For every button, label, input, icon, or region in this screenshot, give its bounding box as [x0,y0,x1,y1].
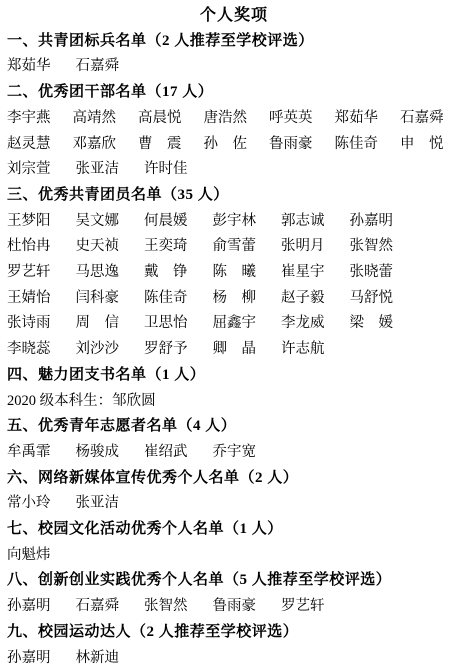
name-row: 张诗雨周 信卫思怡屈鑫宇李龙威梁 媛 [7,311,461,337]
person-name: 陈 曦 [213,260,257,286]
person-name: 许时佳 [144,157,188,183]
person-name: 卫思怡 [144,311,188,337]
person-name: 张晓蕾 [350,260,394,286]
person-name: 呼英英 [269,106,313,132]
person-name: 高晨悦 [138,106,182,132]
person-name: 李宇燕 [7,106,51,132]
person-name: 罗舒予 [144,337,188,363]
section-heading: 九、校园运动达人（2 人推荐至学校评选） [7,620,461,646]
section-heading: 六、网络新媒体宣传优秀个人名单（2 人） [7,466,461,492]
person-name: 孙嘉明 [350,209,394,235]
name-row: 郑茹华石嘉舜 [7,54,461,80]
person-name: 高靖然 [73,106,117,132]
name-row: 2020 级本科生：邹欣圆 [7,389,461,415]
document-page: 个人奖项 一、共青团标兵名单（2 人推荐至学校评选）郑茹华石嘉舜二、优秀团干部名… [0,0,469,672]
sections-container: 一、共青团标兵名单（2 人推荐至学校评选）郑茹华石嘉舜二、优秀团干部名单（17 … [7,29,461,672]
name-row: 赵灵慧邓嘉欣曹 震孙 佐鲁雨豪陈佳奇申 悦 [7,132,461,158]
person-name: 许志航 [281,337,325,363]
person-name: 卿 晶 [213,337,257,363]
person-name: 杨骏成 [76,440,120,466]
page-title: 个人奖项 [7,3,461,29]
name-row: 罗艺轩马思逸戴 铮陈 曦崔星宇张晓蕾 [7,260,461,286]
person-name: 何晨媛 [144,209,188,235]
name-row: 常小玲张亚洁 [7,491,461,517]
person-name: 曹 震 [138,132,182,158]
name-row: 孙嘉明林新迪 [7,646,461,672]
person-name: 李龙威 [281,311,325,337]
person-name: 孙嘉明 [7,646,51,672]
person-name: 杜怡冉 [7,234,51,260]
person-name: 崔星宇 [281,260,325,286]
section-heading: 八、创新创业实践优秀个人名单（5 人推荐至学校评选） [7,568,461,594]
person-name: 刘宗萱 [7,157,51,183]
person-name: 周 信 [76,311,120,337]
person-name: 梁 媛 [350,311,394,337]
name-row: 孙嘉明石嘉舜张智然鲁雨豪罗艺轩 [7,594,461,620]
person-name: 张明月 [281,234,325,260]
name-row: 李宇燕高靖然高晨悦唐浩然呼英英郑茹华石嘉舜 [7,106,461,132]
person-name: 王奕琦 [144,234,188,260]
person-name: 彭宇林 [213,209,257,235]
person-name: 崔绍武 [144,440,188,466]
person-name: 闫科豪 [76,286,120,312]
person-name: 孙嘉明 [7,594,51,620]
section-heading: 二、优秀团干部名单（17 人） [7,80,461,106]
person-name: 李晓蕊 [7,337,51,363]
person-name: 乔宇宽 [213,440,257,466]
person-name: 孙 佐 [204,132,248,158]
person-name: 2020 级本科生：邹欣圆 [7,389,156,415]
name-row: 牟禹霏杨骏成崔绍武乔宇宽 [7,440,461,466]
person-name: 张亚洁 [76,157,120,183]
name-row: 刘宗萱张亚洁许时佳 [7,157,461,183]
section-heading: 一、共青团标兵名单（2 人推荐至学校评选） [7,29,461,55]
person-name: 马思逸 [76,260,120,286]
person-name: 张智然 [350,234,394,260]
person-name: 王梦阳 [7,209,51,235]
section-heading: 七、校园文化活动优秀个人名单（1 人） [7,517,461,543]
person-name: 赵灵慧 [7,132,51,158]
person-name: 吴文娜 [76,209,120,235]
person-name: 石嘉舜 [76,54,120,80]
person-name: 史天祯 [76,234,120,260]
person-name: 杨 柳 [213,286,257,312]
name-row: 王婧怡闫科豪陈佳奇杨 柳赵子毅马舒悦 [7,286,461,312]
person-name: 王婧怡 [7,286,51,312]
person-name: 石嘉舜 [76,594,120,620]
section-heading: 五、优秀青年志愿者名单（4 人） [7,414,461,440]
person-name: 唐浩然 [204,106,248,132]
section-heading: 四、魅力团支书名单（1 人） [7,363,461,389]
person-name: 陈佳奇 [335,132,379,158]
person-name: 石嘉舜 [400,106,444,132]
name-row: 向魁炜 [7,543,461,569]
person-name: 郑茹华 [335,106,379,132]
name-row: 杜怡冉史天祯王奕琦俞雪蕾张明月张智然 [7,234,461,260]
person-name: 赵子毅 [281,286,325,312]
person-name: 鲁雨豪 [213,594,257,620]
person-name: 向魁炜 [7,543,51,569]
person-name: 罗艺轩 [281,594,325,620]
person-name: 郑茹华 [7,54,51,80]
person-name: 刘沙沙 [76,337,120,363]
section-heading: 三、优秀共青团员名单（35 人） [7,183,461,209]
person-name: 屈鑫宇 [213,311,257,337]
person-name: 陈佳奇 [144,286,188,312]
name-row: 李晓蕊刘沙沙罗舒予卿 晶许志航 [7,337,461,363]
person-name: 张智然 [144,594,188,620]
person-name: 张亚洁 [76,491,120,517]
person-name: 鲁雨豪 [269,132,313,158]
person-name: 牟禹霏 [7,440,51,466]
name-row: 王梦阳吴文娜何晨媛彭宇林郭志诚孙嘉明 [7,209,461,235]
person-name: 申 悦 [400,132,444,158]
person-name: 林新迪 [76,646,120,672]
person-name: 郭志诚 [281,209,325,235]
person-name: 戴 铮 [144,260,188,286]
person-name: 常小玲 [7,491,51,517]
person-name: 马舒悦 [350,286,394,312]
person-name: 邓嘉欣 [73,132,117,158]
person-name: 俞雪蕾 [213,234,257,260]
person-name: 张诗雨 [7,311,51,337]
person-name: 罗艺轩 [7,260,51,286]
